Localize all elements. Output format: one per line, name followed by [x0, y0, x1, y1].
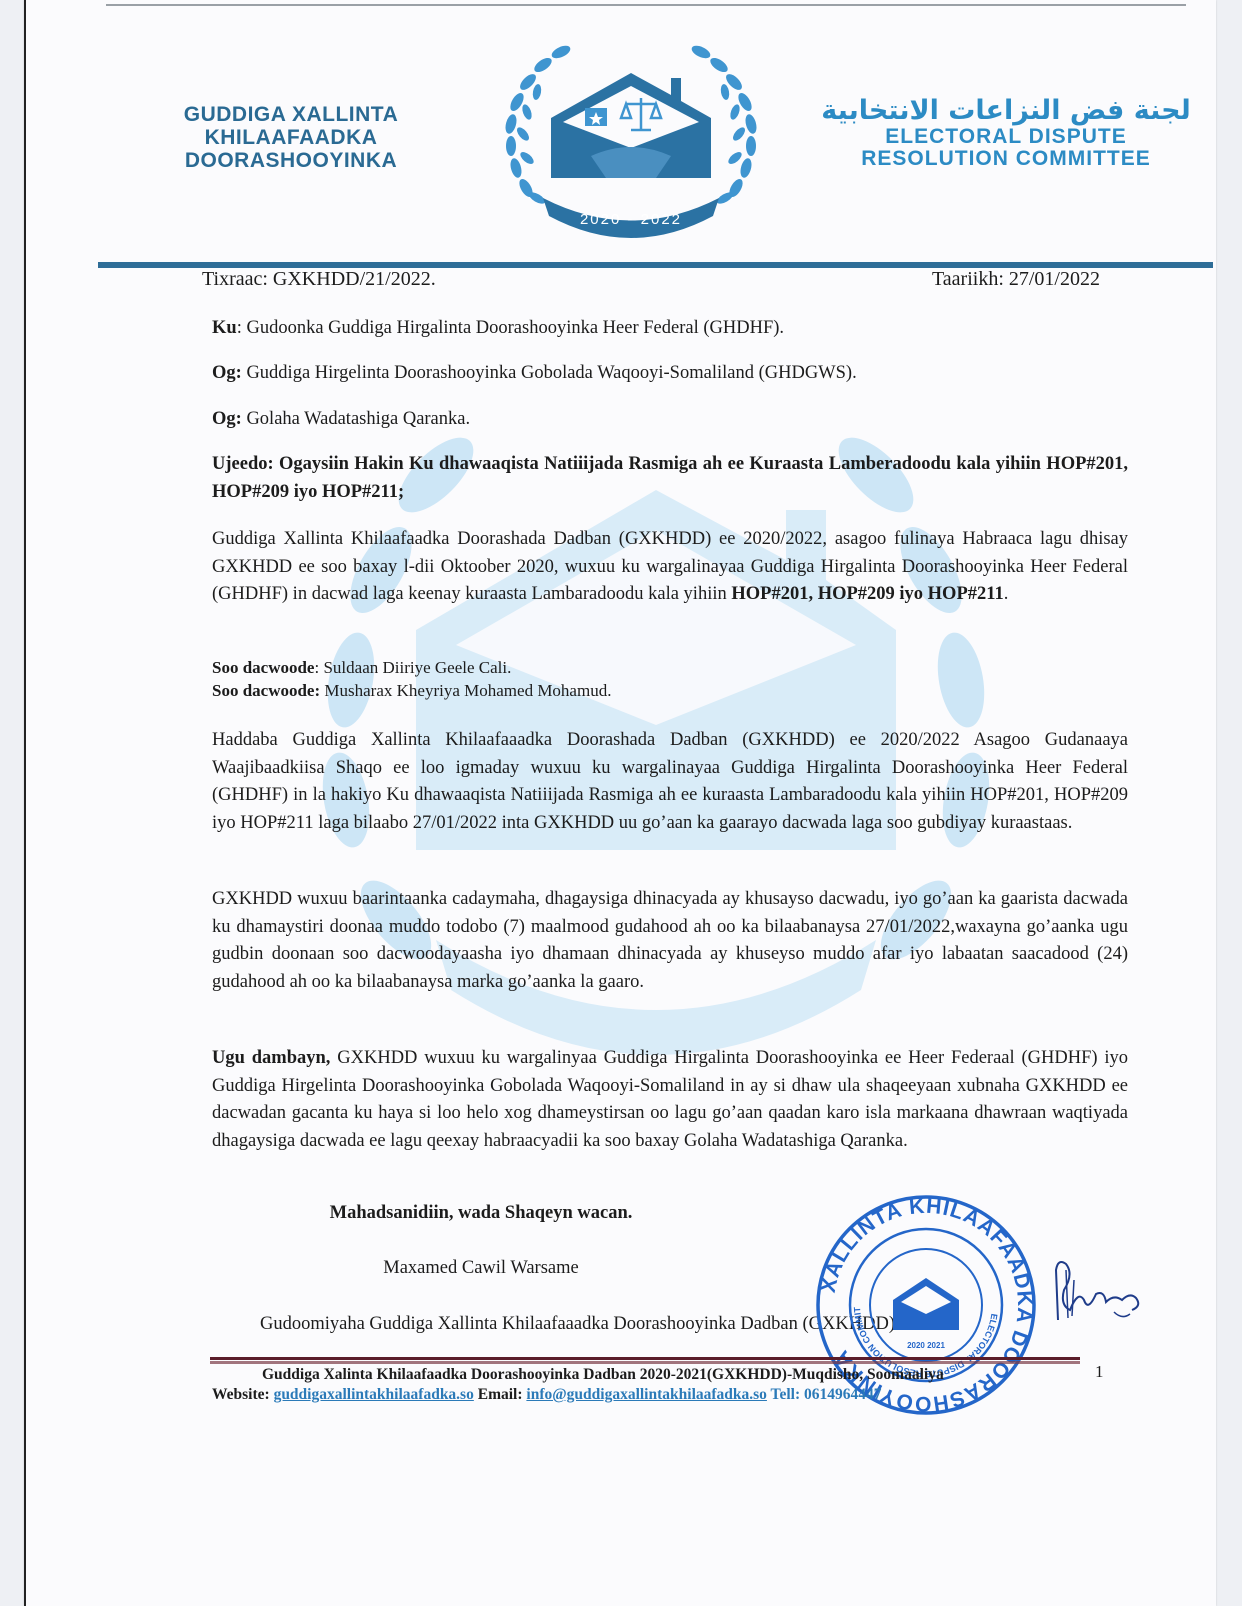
paragraph-conclusion-label: Ugu dambayn,	[212, 1048, 330, 1068]
paragraph-notice-end: .	[1004, 584, 1009, 604]
complainant-1-label: Soo dacwoode	[212, 658, 314, 677]
complainant-2: Soo dacwoode: Musharax Kheyriya Mohamed …	[212, 681, 611, 701]
org-name-en-line-1: ELECTORAL DISPUTE	[816, 126, 1196, 148]
letter-date: Taariikh: 27/01/2022	[932, 268, 1100, 291]
recipient-to-text: Gudoonka Guddiga Hirgalinta Doorashooyin…	[242, 318, 784, 338]
paragraph-notice-seats: HOP#201, HOP#209 iyo HOP#211	[731, 584, 1003, 604]
subject-label: Ujeedo:	[212, 454, 274, 474]
paragraph-timeline: GXKHDD wuxuu baarintaanka cadaymaha, dha…	[212, 886, 1128, 996]
complainant-1-name: Suldaan Diiriye Geele Cali.	[319, 658, 511, 677]
recipient-to-label: Ku	[212, 318, 237, 338]
signatory-title: Gudoomiyaha Guddiga Xallinta Khilaafaaad…	[260, 1314, 900, 1335]
reference-number: Tixraac: GXKHDD/21/2022.	[202, 268, 436, 291]
paragraph-conclusion: Ugu dambayn, GXKHDD wuxuu ku wargalinyaa…	[212, 1045, 1128, 1155]
org-name-english: لجنة فض النزاعات الانتخابية ELECTORAL DI…	[816, 96, 1196, 170]
footer-email-link[interactable]: info@guddigaxallintakhilaafadka.so	[526, 1386, 767, 1403]
recipient-cc-2-label: Og:	[212, 409, 242, 429]
footer-website-link[interactable]: guddigaxallintakhilaafadka.so	[274, 1386, 474, 1403]
paragraph-suspension: Haddaba Guddiga Xallinta Khilaafaaadka D…	[212, 727, 1128, 837]
footer-email-label: Email:	[478, 1386, 523, 1403]
recipient-to: Ku: Gudoonka Guddiga Hirgalinta Doorasho…	[212, 318, 784, 339]
logo-years: 2020 - 2022	[580, 211, 682, 228]
recipient-cc-2: Og: Golaha Wadatashiga Qaranka.	[212, 409, 470, 430]
recipient-cc-1-text: Guddiga Hirgelinta Doorashooyinka Gobola…	[242, 363, 857, 383]
document-page: GUDDIGA XALLINTA KHILAAFAADKA DOORASHOOY…	[24, 0, 1216, 1606]
footer-rule-shadow	[210, 1361, 1080, 1364]
complainant-2-name: Musharax Kheyriya Mohamed Mohamud.	[320, 681, 611, 700]
org-name-en-line-2: RESOLUTION COMMITTEE	[816, 148, 1196, 170]
footer-phone: Tell: 0614964447	[771, 1386, 882, 1403]
recipient-cc-1-label: Og:	[212, 363, 242, 383]
committee-logo-icon: 2020 - 2022	[481, 38, 781, 238]
signature-icon	[1044, 1250, 1154, 1330]
page-number: 1	[1095, 1362, 1104, 1382]
complainant-2-label: Soo dacwoode:	[212, 681, 320, 700]
complainant-1: Soo dacwoode: Suldaan Diiriye Geele Cali…	[212, 658, 511, 678]
footer-org-line: Guddiga Xalinta Khilaafaadka Doorashooyi…	[262, 1366, 944, 1384]
footer-contact-line: Website: guddigaxallintakhilaafadka.so E…	[212, 1386, 882, 1404]
stamp-years: 2020 2021	[907, 1341, 945, 1350]
org-name-arabic: لجنة فض النزاعات الانتخابية	[816, 96, 1196, 126]
footer-rule	[210, 1357, 1080, 1360]
org-name-line-2: KHILAAFAADKA	[126, 126, 456, 149]
top-edge-rule	[106, 4, 1186, 6]
paragraph-conclusion-text: GXKHDD wuxuu ku wargalinyaa Guddiga Hirg…	[212, 1048, 1128, 1151]
org-name-line-1: GUDDIGA XALLINTA	[126, 103, 456, 126]
paragraph-notice: Guddiga Xallinta Khilaafaadka Doorashada…	[212, 526, 1128, 609]
recipient-cc-2-text: Golaha Wadatashiga Qaranka.	[242, 409, 470, 429]
org-name-somali: GUDDIGA XALLINTA KHILAAFAADKA DOORASHOOY…	[126, 103, 456, 172]
recipient-cc-1: Og: Guddiga Hirgelinta Doorashooyinka Go…	[212, 363, 857, 384]
org-name-line-3: DOORASHOOYINKA	[126, 149, 456, 172]
subject-text: Ogaysiin Hakin Ku dhawaaqista Natiiijada…	[212, 454, 1128, 502]
subject-line: Ujeedo: Ogaysiin Hakin Ku dhawaaqista Na…	[212, 451, 1128, 506]
footer-website-label: Website:	[212, 1386, 270, 1403]
